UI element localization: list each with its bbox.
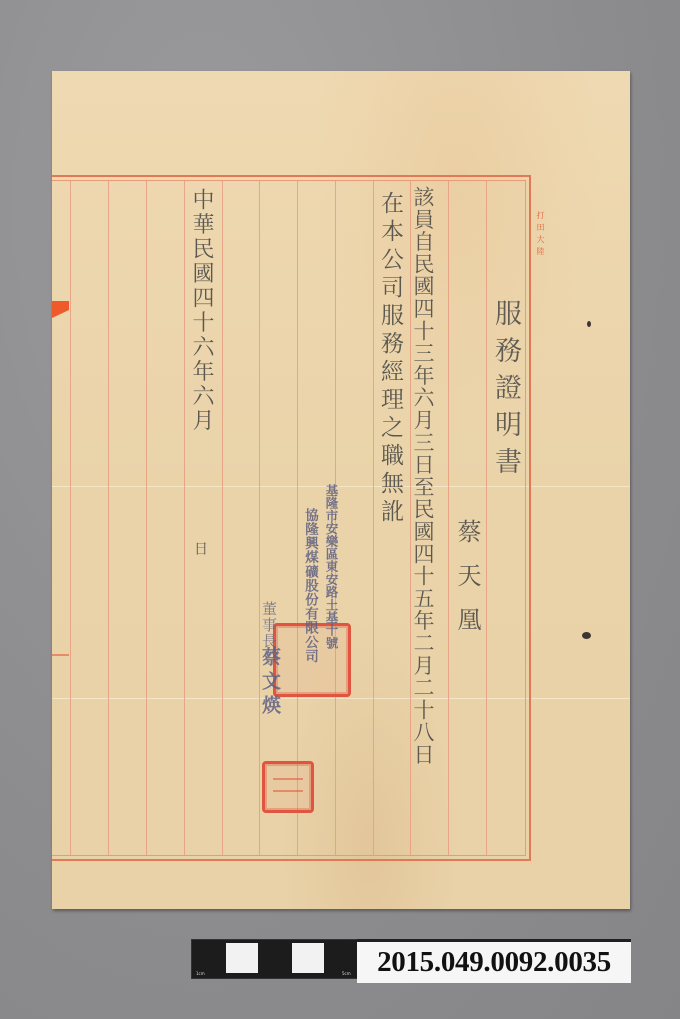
paper-hole [582, 632, 591, 639]
measurement-scale: 1cm 5cm [191, 939, 362, 979]
column-rule [297, 181, 298, 855]
scale-segment [226, 943, 258, 973]
service-period-text: 該員自民國四十三年六月三日至民國四十五年二月二十八日 [408, 186, 438, 766]
column-rule [486, 181, 487, 855]
column-rule [222, 181, 223, 855]
service-position-text: 在本公司服務經理之職無訛 [374, 191, 407, 527]
paper-blemish [587, 321, 591, 327]
column-rule [70, 181, 71, 855]
column-rule [448, 181, 449, 855]
issue-date-day: 日 [190, 541, 210, 555]
column-rule [184, 181, 185, 855]
column-rule [259, 181, 260, 855]
scale-segment [292, 943, 324, 973]
personal-seal [262, 761, 314, 813]
edge-tick-mark [52, 654, 69, 656]
certificate-title: 服務證明書 [486, 299, 525, 484]
issue-date: 中華民國四十六年六月 [186, 188, 217, 433]
company-address-stamp: 基隆市安樂區東安路土基十號 [322, 484, 340, 649]
certificate-paper: 打田大陸 服務證明書 蔡天凰 該員自民國四十三年六月三日至民國四十五年二月二十八… [52, 71, 630, 909]
red-tab-mark [52, 301, 69, 318]
scale-label: 1cm [196, 971, 205, 976]
ruled-frame [52, 175, 531, 861]
chairman-name-stamp: 蔡文煐 [257, 647, 284, 719]
employee-name: 蔡天凰 [450, 519, 485, 651]
company-name-stamp: 協隆興煤礦股份有限公司 [300, 508, 320, 663]
ruled-frame-inner [52, 180, 526, 856]
chairman-label-stamp: 董事長 [259, 601, 280, 649]
accession-number-label: 2015.049.0092.0035 [357, 939, 631, 983]
column-rule [146, 181, 147, 855]
printer-mark: 打田大陸 [536, 211, 548, 259]
column-rule [108, 181, 109, 855]
scale-label: 5cm [342, 971, 351, 976]
